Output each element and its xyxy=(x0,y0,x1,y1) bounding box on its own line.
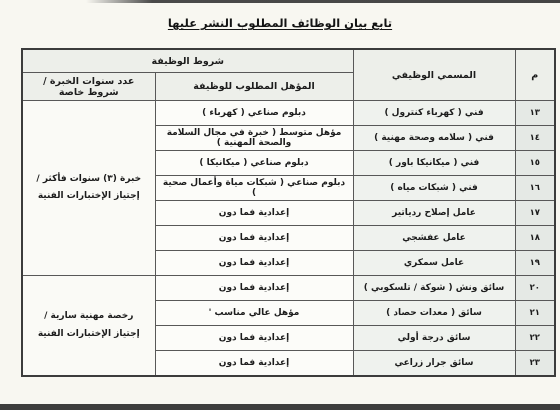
row-serial: ١٤ xyxy=(515,126,555,151)
page-title-text: تابع بيان الوظائف المطلوب النشر عليها xyxy=(168,16,392,30)
experience-merged-cell-1: خبرة (٣) سنوات فأكثر / إجتياز الإختبارات… xyxy=(22,101,155,276)
row-qualification: دبلوم صناعي ( ميكانيكا ) xyxy=(155,151,353,176)
header-qualification: المؤهل المطلوب للوظيفة xyxy=(155,73,353,101)
header-row-1: م المسمي الوظيفي شروط الوظيفة xyxy=(22,49,555,73)
row-qualification: إعدادية فما دون xyxy=(155,351,353,377)
page-title: تابع بيان الوظائف المطلوب النشر عليها xyxy=(0,16,560,30)
row-job-title: فني ( سلامه وصحة مهنية ) xyxy=(353,126,515,151)
row-serial: ٢٢ xyxy=(515,326,555,351)
row-qualification: دبلوم صناعي ( شبكات مياة وأعمال صحية ) xyxy=(155,176,353,201)
row-job-title: سائق درجة أولي xyxy=(353,326,515,351)
row-job-title: فني ( ميكانيكا باور ) xyxy=(353,151,515,176)
row-serial: ١٦ xyxy=(515,176,555,201)
row-job-title: سائق جرار زراعي xyxy=(353,351,515,377)
row-job-title: عامل إصلاح ردياتير xyxy=(353,201,515,226)
jobs-table: م المسمي الوظيفي شروط الوظيفة المؤهل الم… xyxy=(21,48,556,377)
experience-line-1: رخصة مهنية سارية / xyxy=(27,308,151,325)
header-experience: عدد سنوات الخبرة / شروط خاصة xyxy=(22,73,155,101)
row-qualification: إعدادية فما دون xyxy=(155,251,353,276)
table-row: ١٣ فني ( كهرباء كنترول ) دبلوم صناعي ( ك… xyxy=(22,101,555,126)
row-job-title: سائق ونش ( شوكة / تلسكوبي ) xyxy=(353,276,515,301)
row-serial: ١٧ xyxy=(515,201,555,226)
experience-line-2: إجتياز الإختبارات الفنية xyxy=(27,188,151,205)
row-serial: ٢٣ xyxy=(515,351,555,377)
row-serial: ٢١ xyxy=(515,301,555,326)
row-job-title: سائق ( معدات حصاد ) xyxy=(353,301,515,326)
experience-line-1: خبرة (٣) سنوات فأكثر / xyxy=(27,171,151,188)
table-row: ٢٠ سائق ونش ( شوكة / تلسكوبي ) إعدادية ف… xyxy=(22,276,555,301)
experience-merged-cell-2: رخصة مهنية سارية / إجتياز الإختبارات الف… xyxy=(22,276,155,377)
row-qualification: إعدادية فما دون xyxy=(155,226,353,251)
experience-line-2: إجتياز الإختبارات الفنية xyxy=(27,326,151,343)
row-job-title: عامل سمكري xyxy=(353,251,515,276)
scan-edge-bottom xyxy=(0,404,560,410)
row-serial: ١٨ xyxy=(515,226,555,251)
row-qualification: إعدادية فما دون xyxy=(155,276,353,301)
scanned-document-page: { "page": { "title": "تابع بيان الوظائف … xyxy=(0,0,560,410)
row-job-title: فني ( كهرباء كنترول ) xyxy=(353,101,515,126)
row-job-title: عامل عفشجي xyxy=(353,226,515,251)
row-serial: ١٩ xyxy=(515,251,555,276)
header-job-title: المسمي الوظيفي xyxy=(353,49,515,101)
row-qualification: مؤهل متوسط ( خبرة في مجال السلامة والصحة… xyxy=(155,126,353,151)
header-conditions-group: شروط الوظيفة xyxy=(22,49,353,73)
row-qualification: إعدادية فما دون xyxy=(155,201,353,226)
row-job-title: فني ( شبكات مياه ) xyxy=(353,176,515,201)
row-qualification: دبلوم صناعي ( كهرباء ) xyxy=(155,101,353,126)
header-serial: م xyxy=(515,49,555,101)
row-serial: ١٣ xyxy=(515,101,555,126)
row-qualification: مؤهل عالي مناسب ' xyxy=(155,301,353,326)
row-serial: ٢٠ xyxy=(515,276,555,301)
row-qualification: إعدادية فما دون xyxy=(155,326,353,351)
scan-edge-top xyxy=(86,0,560,3)
row-serial: ١٥ xyxy=(515,151,555,176)
